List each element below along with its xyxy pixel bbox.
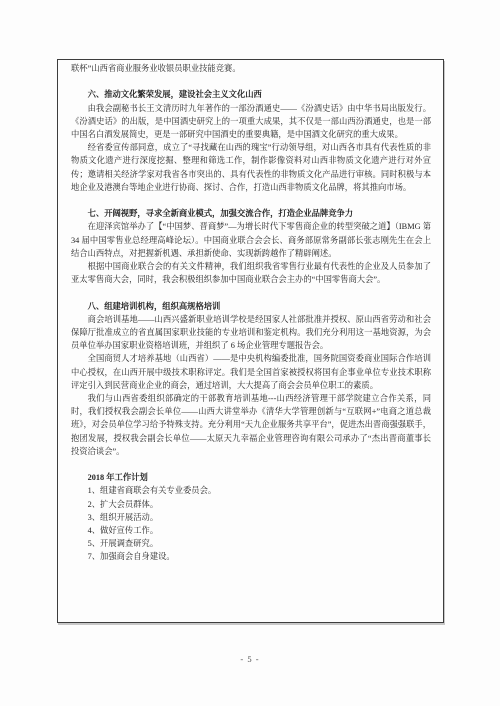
paragraph-training-base: 商会培训基地——山西兴盛新职业培训学校是经国家人社部批准并授权、原山西省劳动和社…	[71, 313, 431, 353]
paragraph-intangible-heritage: 经省委宣传部同意，成立了“寻找藏在山西的瑰宝”行动领导组，对山西各市具有代表性质…	[71, 141, 431, 194]
section-heading-7: 七、开阔视野，寻求全新商业模式，加强交流合作，打造企业品牌竞争力	[71, 207, 431, 220]
paragraph-continuation: 联杯”山西省商业服务业收银员职业技能竞赛。	[71, 62, 431, 75]
paragraph-cadre-training: 我们与山西省委组织部确定的干部教育培训基地---山西经济管理干部学院建立合作关系…	[71, 392, 431, 458]
page-number: - 5 -	[0, 654, 500, 664]
paragraph-retail-forum: 在迎泽宾馆举办了【“中国梦、晋商梦”—为增长时代下零售商企业的转型突破之道】（I…	[71, 220, 431, 260]
plan-item-5: 5、开展调查研究。	[71, 537, 431, 550]
plan-item-3: 3、组织开展活动。	[71, 511, 431, 524]
plan-title-2018: 2018 年工作计划	[71, 471, 431, 484]
paragraph-talent-base: 全国商贸人才培养基地（山西省）——是中央机构编委批准，国务院国资委商业国际合作培…	[71, 352, 431, 392]
plan-item-2: 2、扩大会员群体。	[71, 498, 431, 511]
section-heading-8: 八、组建培训机构，组织高规格培训	[71, 300, 431, 313]
plan-item-1: 1、组建省商联会有关专业委员会。	[71, 484, 431, 497]
section-heading-6: 六、推动文化繁荣发展，建设社会主义文化山西	[71, 88, 431, 101]
document-border-frame: 联杯”山西省商业服务业收银员职业技能竞赛。 六、推动文化繁荣发展，建设社会主义文…	[57, 59, 444, 623]
plan-item-7: 7、加强商会自身建设。	[71, 550, 431, 563]
document-page: { "content": { "paragraphs": [ { "type":…	[0, 0, 500, 706]
paragraph-fenjiu-history: 由我会副秘书长王文清历时九年著作的一部汾酒通史——《汾酒史话》由中华书局出版发行…	[71, 102, 431, 142]
paragraph-retail-conference: 根据中国商业联合会的有关文件精神，我们组织我省零售行业最有代表性的企业及人员参加…	[71, 260, 431, 286]
plan-item-4: 4、做好宣传工作。	[71, 524, 431, 537]
